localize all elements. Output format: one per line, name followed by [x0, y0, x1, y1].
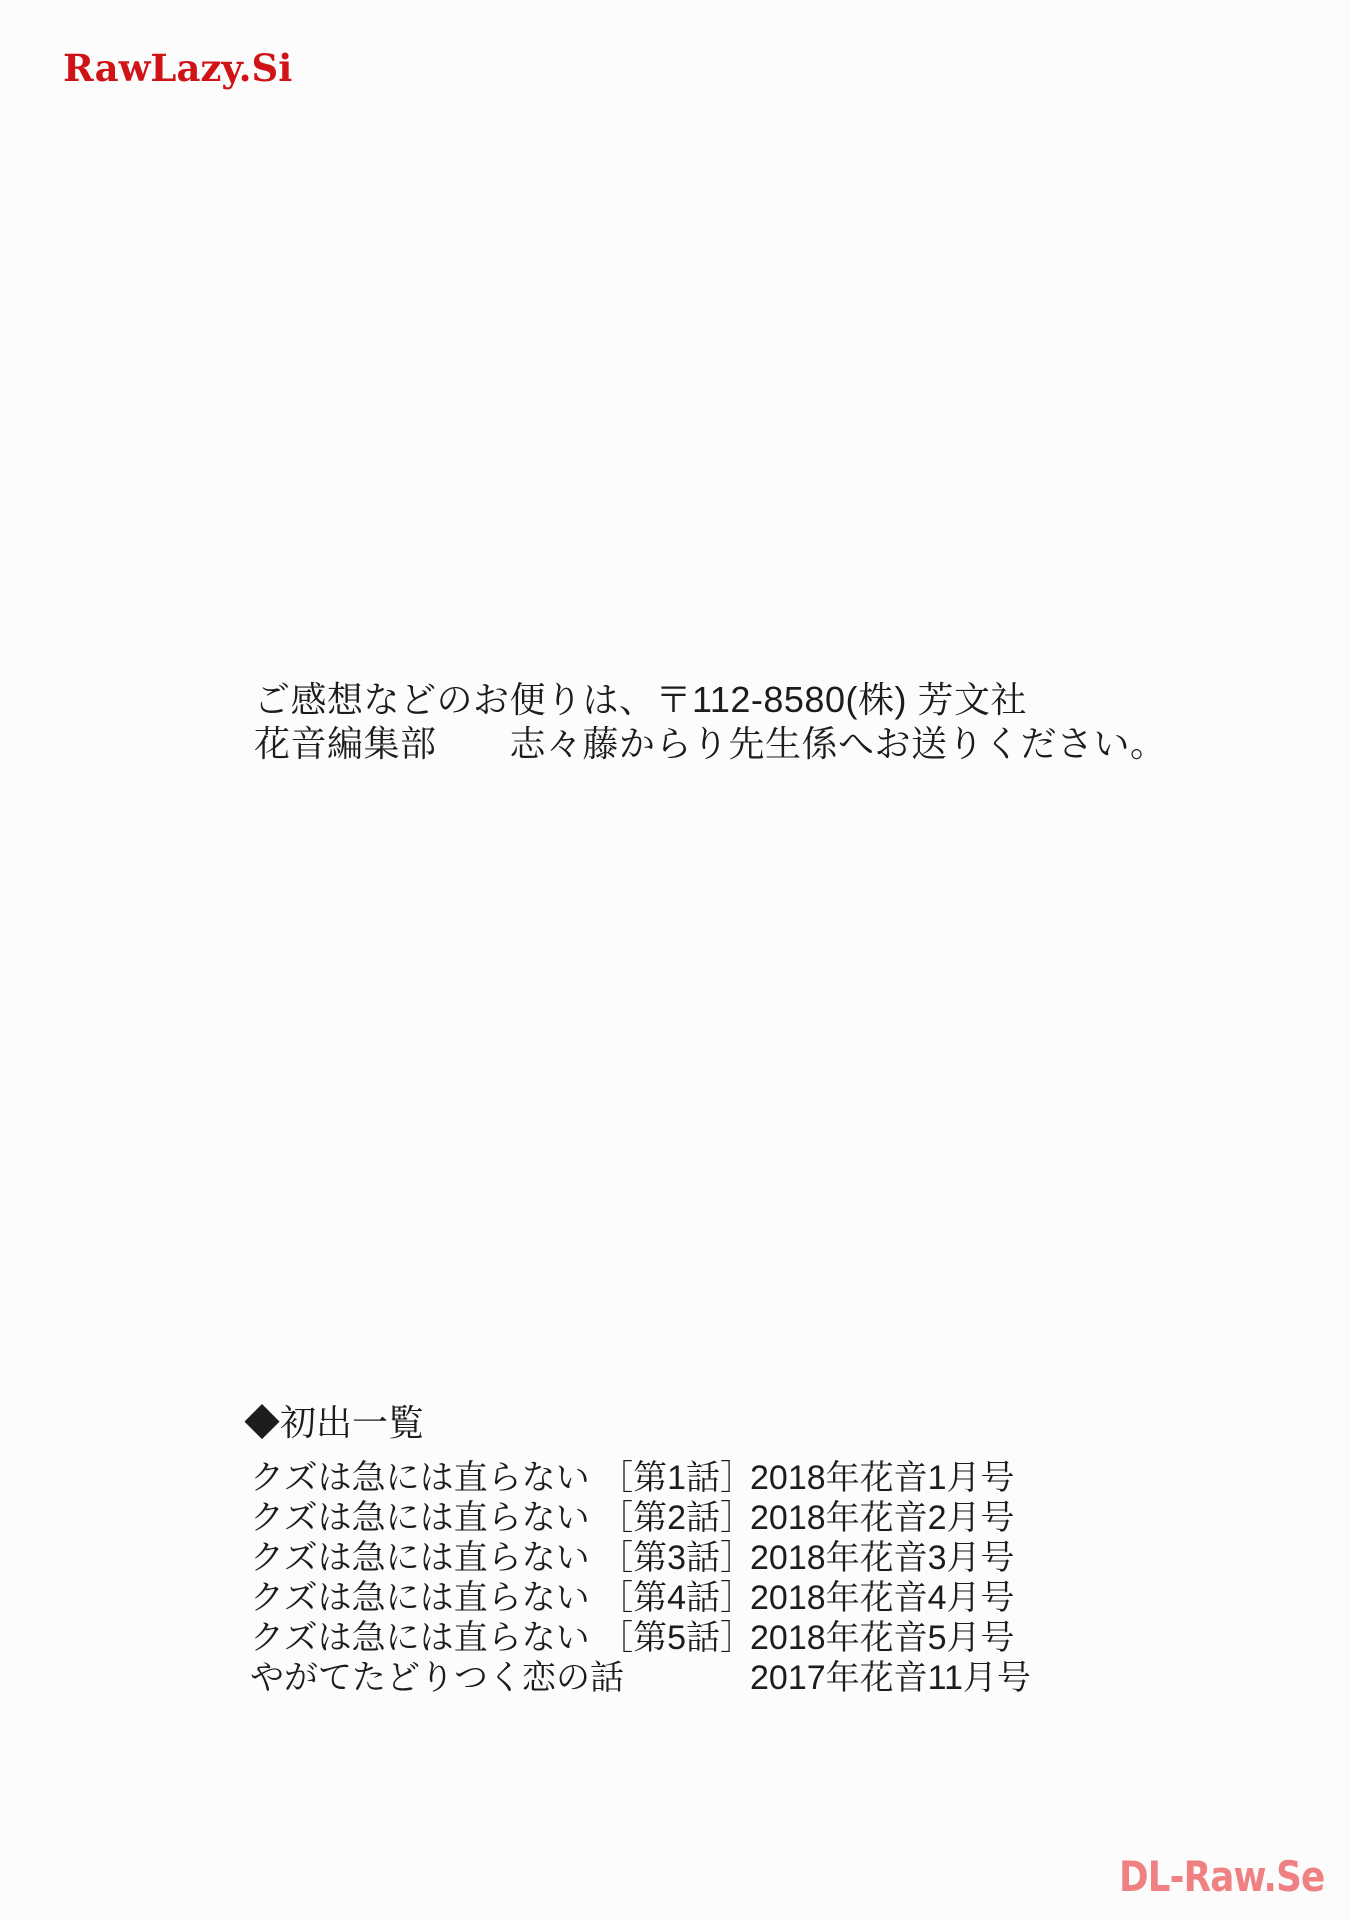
- publication-issue: 2018年花音1月号: [750, 1458, 1015, 1498]
- publication-title: クズは急には直らない ［第5話］: [250, 1618, 754, 1658]
- publication-issue: 2018年花音3月号: [750, 1538, 1015, 1578]
- publication-list-heading: ◆初出一覧: [244, 1403, 424, 1443]
- publication-title: クズは急には直らない ［第2話］: [250, 1498, 754, 1538]
- publication-issue: 2017年花音11月号: [750, 1658, 1031, 1698]
- publication-list-row: やがてたどりつく恋の話 2017年花音11月号: [250, 1658, 1090, 1698]
- publication-title: クズは急には直らない ［第4話］: [250, 1578, 754, 1618]
- publication-issue: 2018年花音5月号: [750, 1618, 1015, 1658]
- publication-list-row: クズは急には直らない ［第2話］ 2018年花音2月号: [250, 1498, 1090, 1538]
- publication-list: クズは急には直らない ［第1話］ 2018年花音1月号 クズは急には直らない ［…: [250, 1458, 1090, 1698]
- scanned-manga-colophon-page: RawLazy.Si ご感想などのお便りは、〒112-8580(株) 芳文社 花…: [0, 0, 1350, 1920]
- feedback-notice-line-2: 花音編集部 志々藤からり先生係へお送りください。: [254, 722, 1167, 766]
- publication-title: クズは急には直らない ［第3話］: [250, 1538, 754, 1578]
- publication-title: クズは急には直らない ［第1話］: [250, 1458, 754, 1498]
- publication-list-row: クズは急には直らない ［第1話］ 2018年花音1月号: [250, 1458, 1090, 1498]
- publication-list-row: クズは急には直らない ［第5話］ 2018年花音5月号: [250, 1618, 1090, 1658]
- watermark-rawlazy: RawLazy.Si: [63, 50, 292, 87]
- publication-issue: 2018年花音4月号: [750, 1578, 1015, 1618]
- watermark-dlraw: DL-Raw.Se: [1119, 1856, 1324, 1898]
- publication-issue: 2018年花音2月号: [750, 1498, 1015, 1538]
- feedback-notice-line-1: ご感想などのお便りは、〒112-8580(株) 芳文社: [254, 678, 1167, 722]
- publication-list-row: クズは急には直らない ［第3話］ 2018年花音3月号: [250, 1538, 1090, 1578]
- publication-list-row: クズは急には直らない ［第4話］ 2018年花音4月号: [250, 1578, 1090, 1618]
- feedback-notice: ご感想などのお便りは、〒112-8580(株) 芳文社 花音編集部 志々藤からり…: [254, 678, 1167, 766]
- publication-title: やがてたどりつく恋の話: [250, 1658, 624, 1698]
